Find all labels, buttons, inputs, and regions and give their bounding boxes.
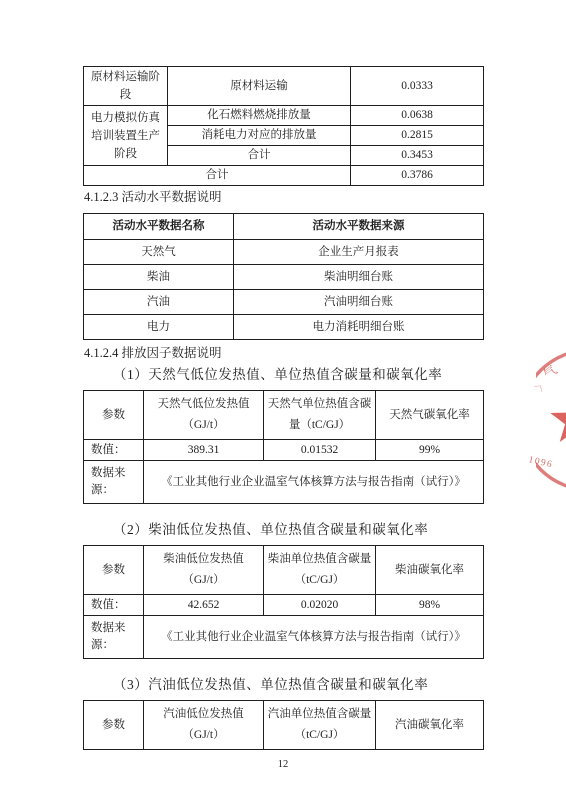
table-header-row: 参数 天然气低位发热值 （GJ/t） 天然气单位热值含碳 量（tC/GJ） 天然… — [84, 391, 484, 440]
header-line: 柴油单位热值含碳量 — [267, 549, 372, 570]
subsection-title-natural-gas: （1）天然气低位发热值、单位热值含碳量和碳氧化率 — [113, 366, 483, 383]
subsection-title-gasoline: （3）汽油低位发热值、单位热值含碳量和碳氧化率 — [113, 676, 483, 693]
item-cell: 消耗电力对应的排放量 — [168, 126, 351, 146]
header-unit: （tC/GJ） — [267, 570, 372, 591]
source-row: 数据来 源： 《工业其他行业企业温室气体核算方法与报告指南（试行）》 — [84, 461, 484, 504]
data-source-cell: 企业生产月报表 — [234, 240, 484, 265]
source-label-line: 数据来 — [91, 620, 140, 637]
table-row: 柴油 柴油明细台账 — [84, 265, 484, 290]
red-seal-stamp: 气 〉 1096 — [510, 340, 566, 500]
data-name-cell: 天然气 — [84, 240, 234, 265]
header-line: 汽油低位发热值 — [147, 704, 260, 725]
header-unit: （GJ/t） — [147, 570, 260, 591]
header-unit: （GJ/t） — [147, 415, 260, 436]
source-label-line: 源： — [91, 482, 140, 499]
document-page: 原材料运输阶段 原材料运输 0.0333 电力模拟仿真培训装置生产阶段 化石燃料… — [0, 0, 566, 800]
table-row: 原材料运输阶段 原材料运输 0.0333 — [84, 67, 484, 106]
seal-arc-character: 气 — [540, 362, 559, 382]
header-line: 天然气单位热值含碳 — [267, 394, 372, 415]
source-label-line: 源： — [91, 637, 140, 654]
data-source-cell: 柴油明细台账 — [234, 265, 484, 290]
data-name-cell: 汽油 — [84, 290, 234, 315]
header-unit: （GJ/t） — [147, 725, 260, 746]
data-source-cell: 电力消耗明细台账 — [234, 315, 484, 340]
value-cell: 389.31 — [144, 440, 264, 461]
value-row: 数值： 389.31 0.01532 99% — [84, 440, 484, 461]
header-line: 汽油单位热值含碳量 — [267, 704, 372, 725]
value-cell: 0.3453 — [351, 146, 484, 166]
data-name-cell: 柴油 — [84, 265, 234, 290]
value-label-cell: 数值： — [84, 595, 144, 616]
table-header-row: 参数 柴油低位发热值 （GJ/t） 柴油单位热值含碳量 （tC/GJ） 柴油碳氧… — [84, 546, 484, 595]
total-value-cell: 0.3786 — [351, 166, 484, 186]
value-label-cell: 数值： — [84, 440, 144, 461]
column-header: 活动水平数据名称 — [84, 214, 234, 240]
source-label-cell: 数据来 源： — [84, 616, 144, 659]
table-row: 电力模拟仿真培训装置生产阶段 化石燃料燃烧排放量 0.0638 — [84, 106, 484, 126]
value-cell: 0.02020 — [264, 595, 376, 616]
value-cell: 0.0638 — [351, 106, 484, 126]
param-header: 参数 — [84, 546, 144, 595]
page-content: 原材料运输阶段 原材料运输 0.0333 电力模拟仿真培训装置生产阶段 化石燃料… — [83, 66, 483, 770]
total-label-cell: 合计 — [84, 166, 351, 186]
table-row: 天然气 企业生产月报表 — [84, 240, 484, 265]
table-header-row: 活动水平数据名称 活动水平数据来源 — [84, 214, 484, 240]
table-row: 汽油 汽油明细台账 — [84, 290, 484, 315]
activity-data-table: 活动水平数据名称 活动水平数据来源 天然气 企业生产月报表 柴油 柴油明细台账 … — [83, 213, 484, 340]
value-row: 数值： 42.652 0.02020 98% — [84, 595, 484, 616]
column-header: 天然气碳氧化率 — [376, 391, 484, 440]
emission-summary-table: 原材料运输阶段 原材料运输 0.0333 电力模拟仿真培训装置生产阶段 化石燃料… — [83, 66, 484, 186]
source-label-cell: 数据来 源： — [84, 461, 144, 504]
item-cell: 原材料运输 — [168, 67, 351, 106]
seal-star-icon — [550, 395, 566, 442]
source-row: 数据来 源： 《工业其他行业企业温室气体核算方法与报告指南（试行）》 — [84, 616, 484, 659]
section-heading-activity-data: 4.1.2.3 活动水平数据说明 — [84, 189, 483, 206]
section-heading-emission-factor: 4.1.2.4 排放因子数据说明 — [84, 345, 483, 362]
stage-cell: 电力模拟仿真培训装置生产阶段 — [84, 106, 168, 166]
table-row: 合计 0.3786 — [84, 166, 484, 186]
value-cell: 98% — [376, 595, 484, 616]
column-header: 柴油碳氧化率 — [376, 546, 484, 595]
header-unit: 量（tC/GJ） — [267, 415, 372, 436]
table-row: 电力 电力消耗明细台账 — [84, 315, 484, 340]
source-cell: 《工业其他行业企业温室气体核算方法与报告指南（试行）》 — [144, 616, 484, 659]
value-cell: 42.652 — [144, 595, 264, 616]
data-source-cell: 汽油明细台账 — [234, 290, 484, 315]
column-header: 汽油低位发热值 （GJ/t） — [144, 701, 264, 750]
subsection-title-diesel: （2）柴油低位发热值、单位热值含碳量和碳氧化率 — [113, 521, 483, 538]
header-line: 天然气低位发热值 — [147, 394, 260, 415]
param-header: 参数 — [84, 391, 144, 440]
value-cell: 0.0333 — [351, 67, 484, 106]
item-cell: 合计 — [168, 146, 351, 166]
diesel-factor-table: 参数 柴油低位发热值 （GJ/t） 柴油单位热值含碳量 （tC/GJ） 柴油碳氧… — [83, 545, 484, 659]
header-unit: （tC/GJ） — [267, 725, 372, 746]
source-cell: 《工业其他行业企业温室气体核算方法与报告指南（试行）》 — [144, 461, 484, 504]
value-cell: 0.2815 — [351, 126, 484, 146]
param-header: 参数 — [84, 701, 144, 750]
header-line: 柴油低位发热值 — [147, 549, 260, 570]
value-cell: 99% — [376, 440, 484, 461]
value-cell: 0.01532 — [264, 440, 376, 461]
item-cell: 化石燃料燃烧排放量 — [168, 106, 351, 126]
column-header: 汽油单位热值含碳量 （tC/GJ） — [264, 701, 376, 750]
column-header: 天然气低位发热值 （GJ/t） — [144, 391, 264, 440]
gasoline-factor-table: 参数 汽油低位发热值 （GJ/t） 汽油单位热值含碳量 （tC/GJ） 汽油碳氧… — [83, 700, 484, 750]
column-header: 活动水平数据来源 — [234, 214, 484, 240]
page-number: 12 — [83, 759, 483, 770]
table-header-row: 参数 汽油低位发热值 （GJ/t） 汽油单位热值含碳量 （tC/GJ） 汽油碳氧… — [84, 701, 484, 750]
column-header: 汽油碳氧化率 — [376, 701, 484, 750]
source-label-line: 数据来 — [91, 465, 140, 482]
data-name-cell: 电力 — [84, 315, 234, 340]
natural-gas-factor-table: 参数 天然气低位发热值 （GJ/t） 天然气单位热值含碳 量（tC/GJ） 天然… — [83, 390, 484, 504]
column-header: 柴油低位发热值 （GJ/t） — [144, 546, 264, 595]
column-header: 天然气单位热值含碳 量（tC/GJ） — [264, 391, 376, 440]
stage-cell: 原材料运输阶段 — [84, 67, 168, 106]
column-header: 柴油单位热值含碳量 （tC/GJ） — [264, 546, 376, 595]
